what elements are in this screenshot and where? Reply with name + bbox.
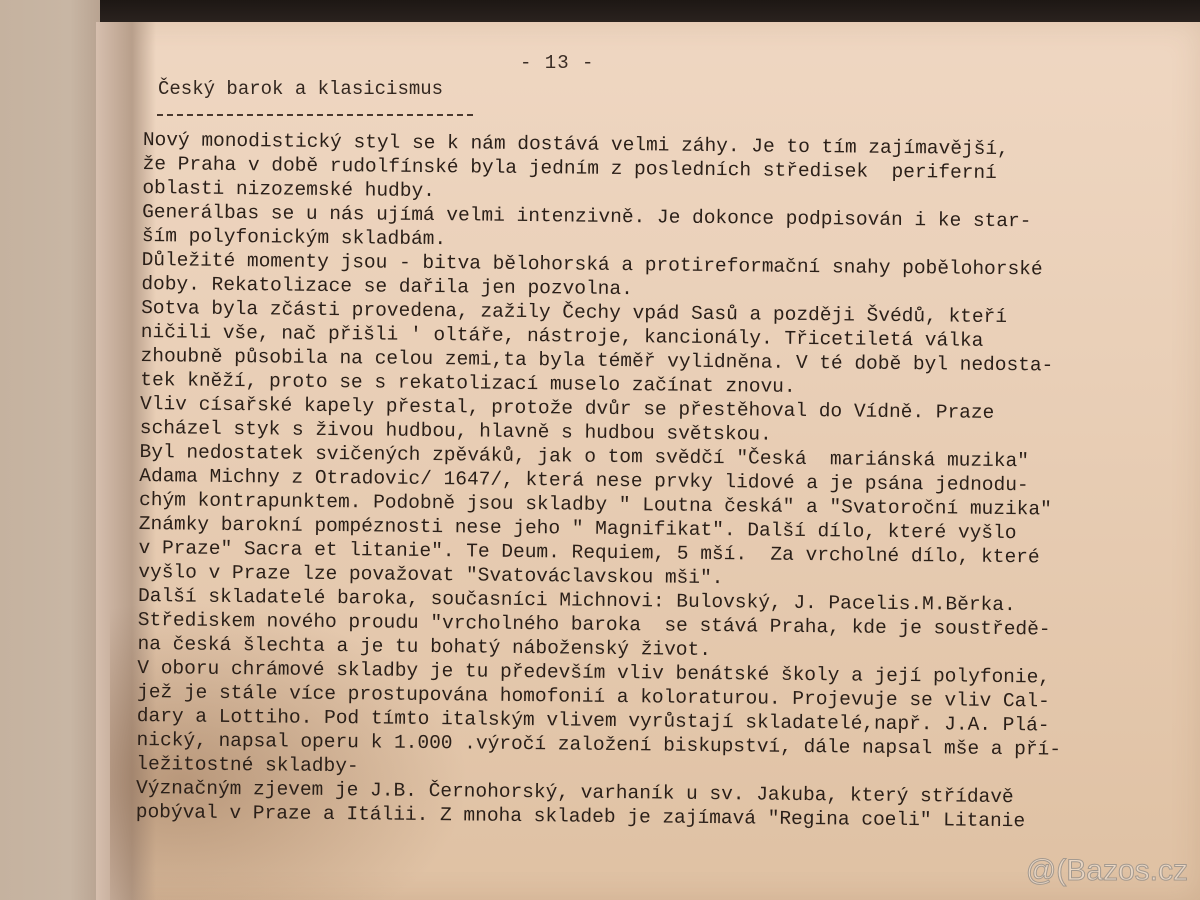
facing-page-edge — [0, 0, 100, 900]
background-dark-band — [0, 0, 1200, 24]
heading-underline — [157, 114, 473, 116]
watermark: @(Bazos.cz — [1026, 854, 1188, 888]
body-text: Nový monodistický styl se k nám dostává … — [136, 128, 1183, 835]
section-heading: Český barok a klasicismus — [158, 78, 443, 100]
page-number: - 13 - — [520, 52, 594, 74]
